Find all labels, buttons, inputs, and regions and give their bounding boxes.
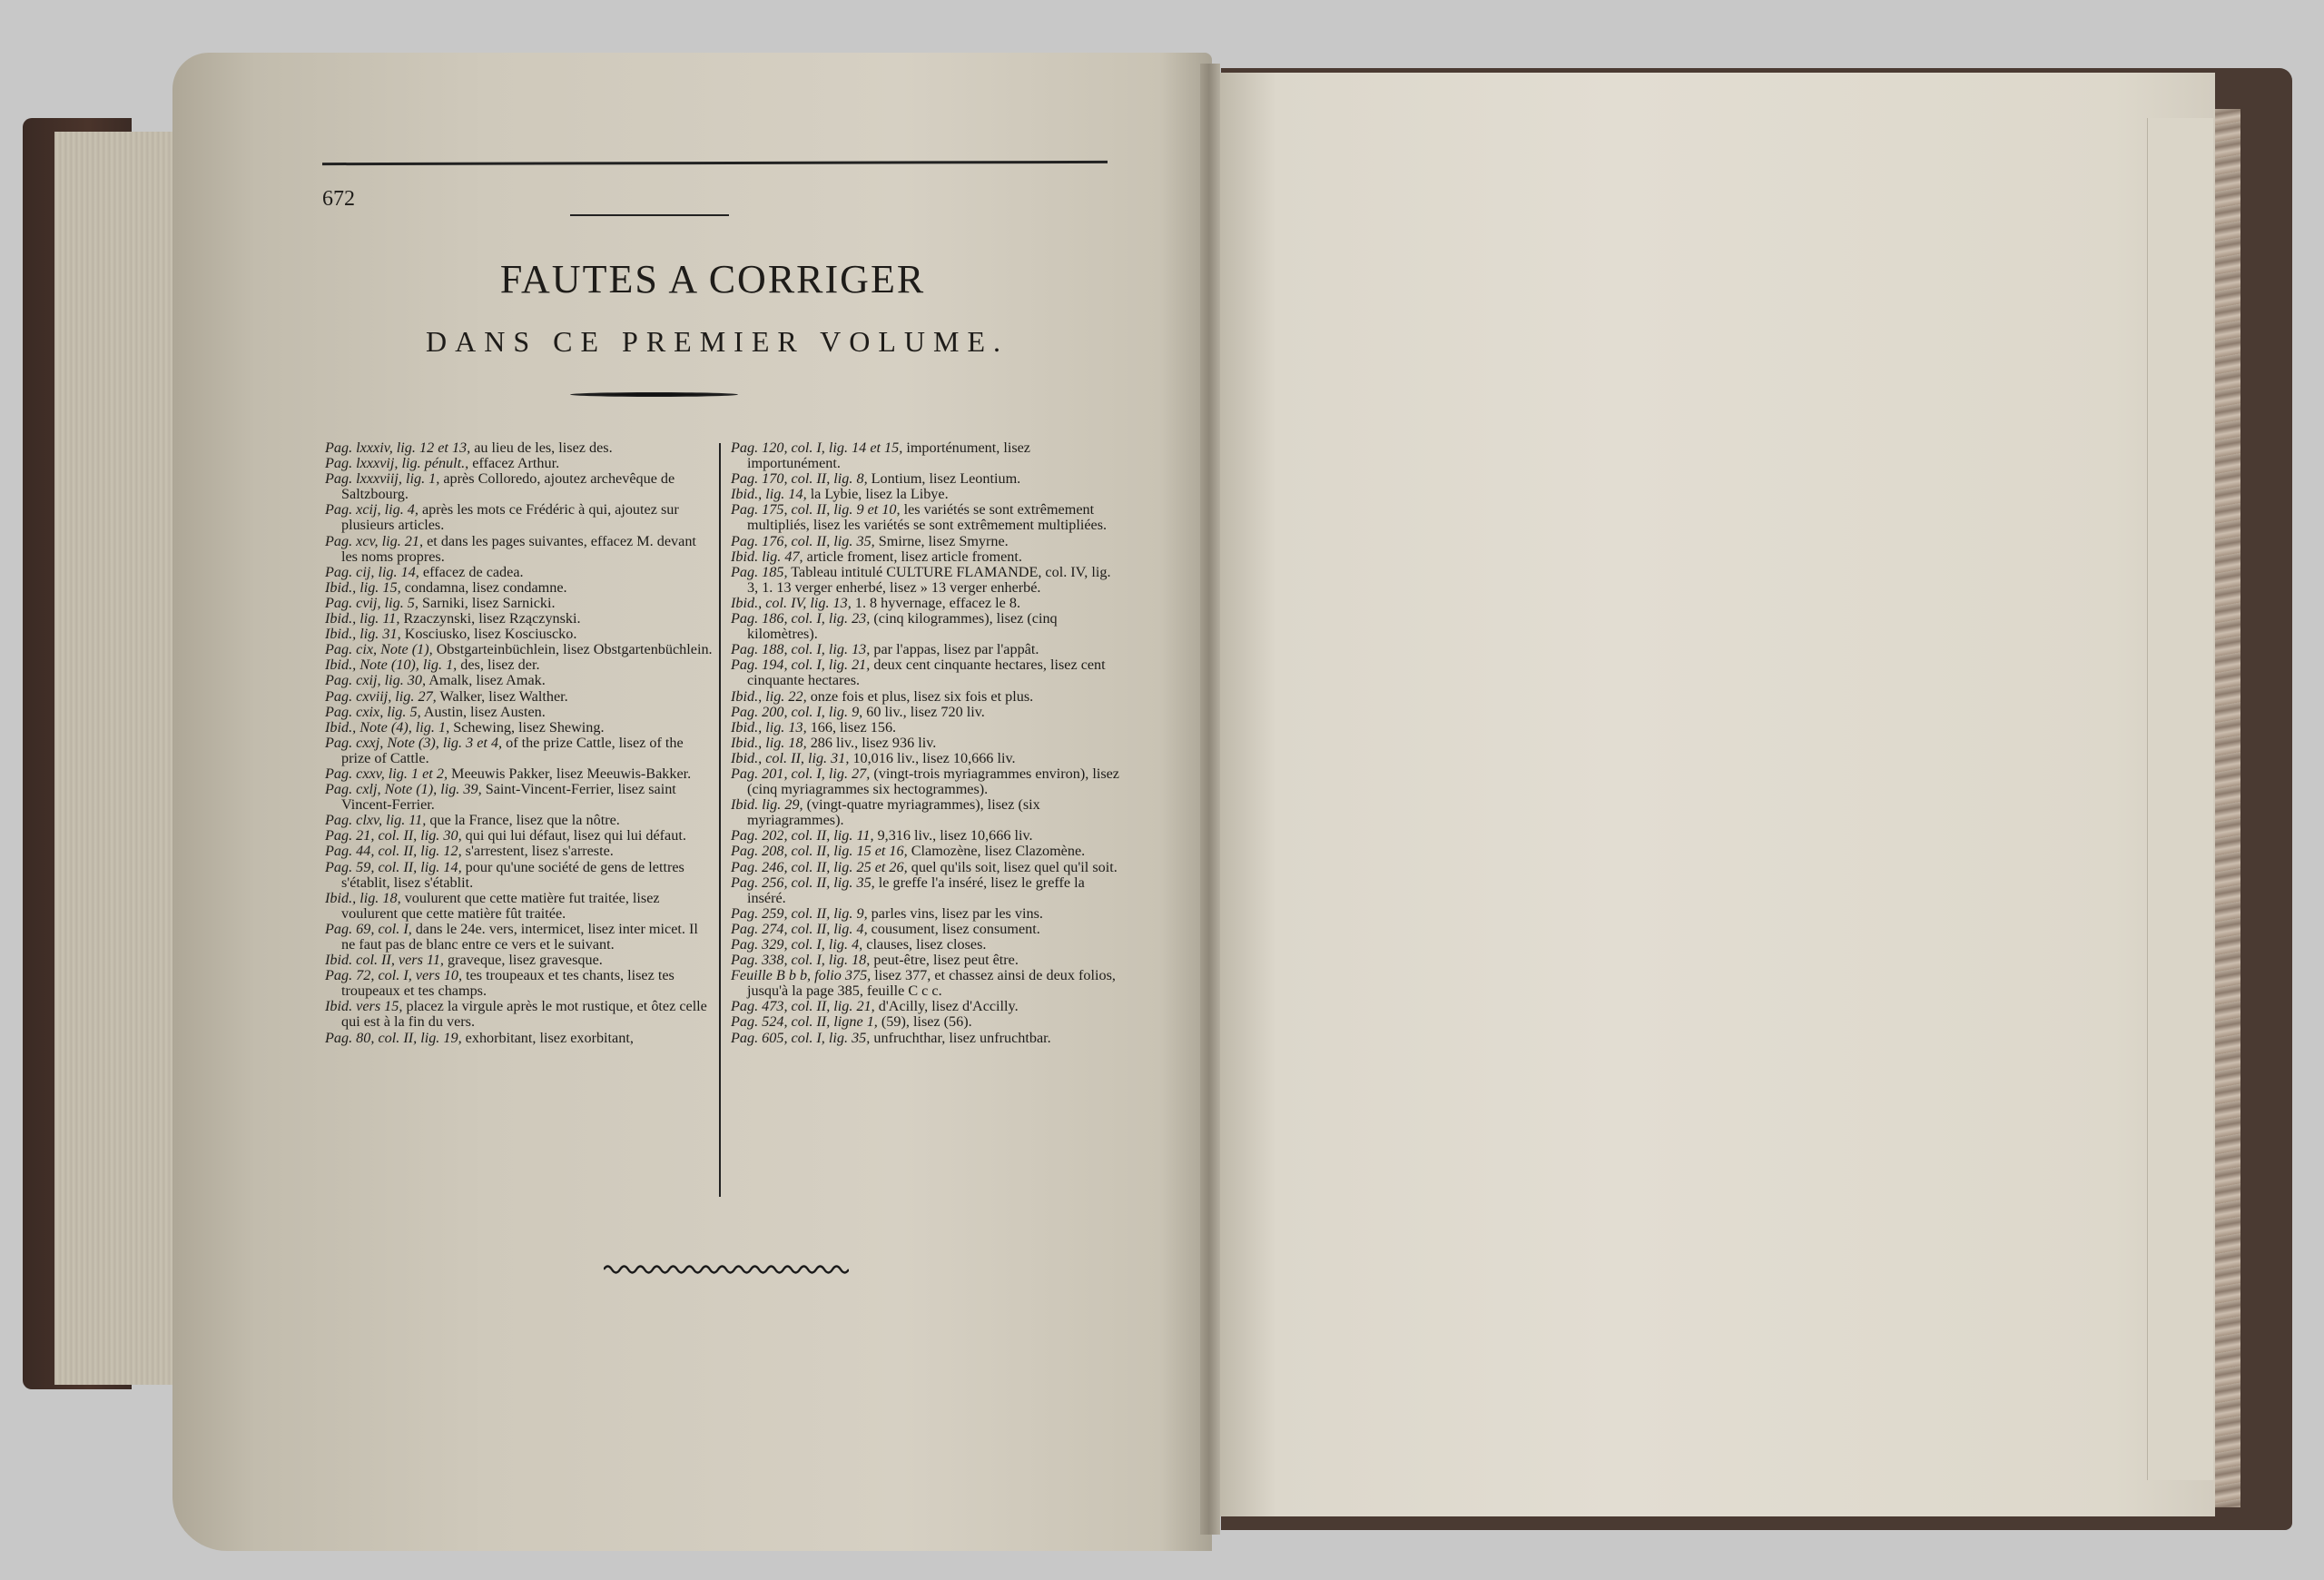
errata-correction: (59), lisez (56). <box>878 1013 972 1030</box>
errata-reference: Pag. 21, col. II, lig. 30, <box>325 827 462 844</box>
errata-correction: Tableau intitulé CULTURE FLAMANDE, col. … <box>747 564 1111 596</box>
marbled-edge-right <box>2215 109 2240 1507</box>
errata-entry: Pag. cxij, lig. 30, Amalk, lisez Amak. <box>325 673 715 688</box>
errata-correction: condamna, lisez condamne. <box>401 579 567 596</box>
errata-reference: Pag. lxxxiv, lig. 12 et 13, <box>325 439 470 456</box>
errata-reference: Pag. 80, col. II, lig. 19, <box>325 1030 462 1046</box>
errata-reference: Feuille B b b, folio 375, <box>731 967 871 983</box>
errata-entry: Pag. cij, lig. 14, effacez de cadea. <box>325 565 715 580</box>
errata-entry: Ibid., lig. 13, 166, lisez 156. <box>731 720 1119 736</box>
errata-reference: Pag. 524, col. II, ligne 1, <box>731 1013 878 1030</box>
errata-entry: Pag. 473, col. II, lig. 21, d'Acilly, li… <box>731 999 1119 1014</box>
errata-column-right: Pag. 120, col. I, lig. 14 et 15, importé… <box>731 440 1119 1046</box>
errata-reference: Pag. 170, col. II, lig. 8, <box>731 470 868 487</box>
errata-entry: Pag. 194, col. I, lig. 21, deux cent cin… <box>731 657 1119 688</box>
errata-reference: Pag. clxv, lig. 11, <box>325 812 426 828</box>
errata-reference: Pag. 44, col. II, lig. 12, <box>325 843 462 859</box>
errata-reference: Ibid., lig. 31, <box>325 626 401 642</box>
errata-entry: Pag. clxv, lig. 11, que la France, lisez… <box>325 813 715 828</box>
errata-correction: Schewing, lisez Shewing. <box>449 719 604 736</box>
book-gutter <box>1200 64 1220 1535</box>
errata-entry: Pag. cxviij, lig. 27, Walker, lisez Walt… <box>325 689 715 705</box>
errata-correction: onze fois et plus, lisez six fois et plu… <box>807 688 1034 705</box>
errata-correction: Amalk, lisez Amak. <box>426 672 546 688</box>
errata-entry: Pag. 524, col. II, ligne 1, (59), lisez … <box>731 1014 1119 1030</box>
errata-reference: Pag. cxix, lig. 5, <box>325 704 421 720</box>
errata-reference: Ibid. vers 15, <box>325 998 402 1014</box>
errata-entry: Ibid., lig. 15, condamna, lisez condamne… <box>325 580 715 596</box>
errata-reference: Pag. 246, col. II, lig. 25 et 26, <box>731 859 908 875</box>
errata-correction: par l'appas, lisez par l'appât. <box>870 641 1039 657</box>
errata-correction: exhorbitant, lisez exorbitant, <box>462 1030 634 1046</box>
errata-entry: Pag. 338, col. I, lig. 18, peut-être, li… <box>731 953 1119 968</box>
errata-entry: Pag. cxlj, Note (1), lig. 39, Saint-Vinc… <box>325 782 715 813</box>
errata-entry: Feuille B b b, folio 375, lisez 377, et … <box>731 968 1119 999</box>
errata-correction: Meeuwis Pakker, lisez Meeuwis-Bakker. <box>448 765 691 782</box>
errata-entry: Pag. 246, col. II, lig. 25 et 26, quel q… <box>731 860 1119 875</box>
errata-entry: Ibid., lig. 22, onze fois et plus, lisez… <box>731 689 1119 705</box>
errata-entry: Ibid., lig. 18, voulurent que cette mati… <box>325 891 715 922</box>
errata-correction: Obstgarteinbüchlein, lisez Obstgartenbüc… <box>433 641 713 657</box>
errata-entry: Pag. 605, col. I, lig. 35, unfruchthar, … <box>731 1031 1119 1046</box>
errata-correction: Sarniki, lisez Sarnicki. <box>419 595 556 611</box>
errata-entry: Pag. 170, col. II, lig. 8, Lontium, lise… <box>731 471 1119 487</box>
errata-correction: graveque, lisez gravesque. <box>444 952 603 968</box>
page-stack-left <box>54 132 182 1385</box>
errata-reference: Pag. 202, col. II, lig. 11, <box>731 827 874 844</box>
errata-entry: Pag. cxxj, Note (3), lig. 3 et 4, of the… <box>325 736 715 766</box>
errata-reference: Pag. cxxj, Note (3), lig. 3 et 4, <box>325 735 502 751</box>
errata-entry: Pag. 201, col. I, lig. 27, (vingt-trois … <box>731 766 1119 797</box>
errata-reference: Pag. 120, col. I, lig. 14 et 15, <box>731 439 902 456</box>
errata-entry: Pag. cxix, lig. 5, Austin, lisez Austen. <box>325 705 715 720</box>
errata-correction: Kosciusko, lisez Kosciuscko. <box>401 626 577 642</box>
errata-reference: Pag. cxij, lig. 30, <box>325 672 426 688</box>
errata-correction: effacez de cadea. <box>419 564 524 580</box>
errata-correction: clauses, lisez closes. <box>862 936 986 953</box>
errata-entry: Pag. 259, col. II, lig. 9, parles vins, … <box>731 906 1119 922</box>
errata-correction: 1. 8 hyvernage, effacez le 8. <box>852 595 1020 611</box>
errata-entry: Pag. 208, col. II, lig. 15 et 16, Clamoz… <box>731 844 1119 859</box>
errata-entry: Pag. 21, col. II, lig. 30, qui qui lui d… <box>325 828 715 844</box>
errata-entry: Ibid., lig. 11, Rzaczynski, lisez Rzączy… <box>325 611 715 627</box>
right-page-blank <box>1216 73 2215 1516</box>
errata-reference: Ibid., lig. 18, <box>325 890 401 906</box>
errata-correction: d'Acilly, lisez d'Accilly. <box>875 998 1019 1014</box>
errata-correction: Walker, lisez Walther. <box>437 688 568 705</box>
errata-entry: Pag. lxxxiv, lig. 12 et 13, au lieu de l… <box>325 440 715 456</box>
errata-entry: Pag. xcv, lig. 21, et dans les pages sui… <box>325 534 715 565</box>
errata-reference: Ibid., col. IV, lig. 13, <box>731 595 852 611</box>
errata-reference: Ibid. lig. 47, <box>731 548 803 565</box>
errata-reference: Pag. cxviij, lig. 27, <box>325 688 437 705</box>
errata-reference: Ibid., lig. 22, <box>731 688 807 705</box>
errata-correction: effacez Arthur. <box>468 455 559 471</box>
errata-reference: Pag. cxlj, Note (1), lig. 39, <box>325 781 482 797</box>
errata-reference: Pag. 59, col. II, lig. 14, <box>325 859 462 875</box>
errata-reference: Ibid., lig. 15, <box>325 579 401 596</box>
errata-entry: Pag. 175, col. II, lig. 9 et 10, les var… <box>731 502 1119 533</box>
errata-reference: Pag. 274, col. II, lig. 4, <box>731 921 868 937</box>
errata-reference: Ibid. col. II, vers 11, <box>325 952 444 968</box>
errata-correction: 166, lisez 156. <box>807 719 896 736</box>
errata-correction: Clamozène, lisez Clazomène. <box>908 843 1086 859</box>
errata-reference: Pag. 185, <box>731 564 788 580</box>
errata-entry: Pag. 202, col. II, lig. 11, 9,316 liv., … <box>731 828 1119 844</box>
errata-reference: Pag. 175, col. II, lig. 9 et 10, <box>731 501 901 518</box>
errata-correction: qui qui lui défaut, lisez qui lui défaut… <box>462 827 686 844</box>
errata-reference: Ibid., lig. 14, <box>731 486 807 502</box>
errata-entry: Pag. 69, col. I, dans le 24e. vers, inte… <box>325 922 715 953</box>
errata-entry: Pag. 329, col. I, lig. 4, clauses, lisez… <box>731 937 1119 953</box>
errata-entry: Ibid. lig. 47, article froment, lisez ar… <box>731 549 1119 565</box>
errata-entry: Ibid., col. II, lig. 31, 10,016 liv., li… <box>731 751 1119 766</box>
errata-column-left: Pag. lxxxiv, lig. 12 et 13, au lieu de l… <box>325 440 715 1046</box>
errata-correction: 286 liv., lisez 936 liv. <box>807 735 937 751</box>
errata-entry: Pag. lxxxvij, lig. pénult., effacez Arth… <box>325 456 715 471</box>
title-rule-bottom <box>570 392 738 397</box>
errata-correction: 10,016 liv., lisez 10,666 liv. <box>849 750 1015 766</box>
wavy-ornament <box>604 1262 849 1275</box>
errata-entry: Pag. 80, col. II, lig. 19, exhorbitant, … <box>325 1031 715 1046</box>
errata-reference: Ibid., lig. 13, <box>731 719 807 736</box>
page-number: 672 <box>322 187 355 212</box>
errata-entry: Pag. 185, Tableau intitulé CULTURE FLAMA… <box>731 565 1119 596</box>
errata-correction: que la France, lisez que la nôtre. <box>426 812 620 828</box>
errata-reference: Ibid., Note (4), lig. 1, <box>325 719 449 736</box>
errata-entry: Ibid., col. IV, lig. 13, 1. 8 hyvernage,… <box>731 596 1119 611</box>
errata-reference: Pag. xcij, lig. 4, <box>325 501 419 518</box>
errata-reference: Pag. 186, col. I, lig. 23, <box>731 610 870 627</box>
errata-reference: Pag. 329, col. I, lig. 4, <box>731 936 862 953</box>
errata-entry: Pag. 186, col. I, lig. 23, (cinq kilogra… <box>731 611 1119 642</box>
errata-entry: Pag. 59, col. II, lig. 14, pour qu'une s… <box>325 860 715 891</box>
column-divider <box>719 443 721 1197</box>
errata-reference: Pag. 605, col. I, lig. 35, <box>731 1030 870 1046</box>
errata-reference: Pag. 176, col. II, lig. 35, <box>731 533 875 549</box>
errata-correction: Smirne, lisez Smyrne. <box>875 533 1009 549</box>
errata-reference: Pag. 259, col. II, lig. 9, <box>731 905 868 922</box>
errata-correction: Lontium, lisez Leontium. <box>868 470 1021 487</box>
errata-reference: Ibid., lig. 11, <box>325 610 399 627</box>
errata-reference: Pag. 69, col. I, <box>325 921 412 937</box>
errata-correction: parles vins, lisez par les vins. <box>868 905 1043 922</box>
errata-entry: Pag. lxxxviij, lig. 1, après Colloredo, … <box>325 471 715 502</box>
errata-reference: Pag. 201, col. I, lig. 27, <box>731 765 870 782</box>
errata-correction: Austin, lisez Austen. <box>421 704 546 720</box>
errata-correction: peut-être, lisez peut être. <box>870 952 1019 968</box>
errata-entry: Ibid., Note (4), lig. 1, Schewing, lisez… <box>325 720 715 736</box>
errata-reference: Pag. 208, col. II, lig. 15 et 16, <box>731 843 908 859</box>
errata-reference: Ibid. lig. 29, <box>731 796 803 813</box>
errata-correction: au lieu de les, lisez des. <box>470 439 612 456</box>
errata-reference: Pag. lxxxvij, lig. pénult., <box>325 455 468 471</box>
page-subtitle: DANS CE PREMIER VOLUME. <box>390 325 1044 359</box>
errata-reference: Pag. cxxv, lig. 1 et 2, <box>325 765 448 782</box>
errata-correction: 9,316 liv., lisez 10,666 liv. <box>874 827 1033 844</box>
errata-correction: la Lybie, lisez la Libye. <box>807 486 949 502</box>
errata-entry: Pag. 200, col. I, lig. 9, 60 liv., lisez… <box>731 705 1119 720</box>
errata-entry: Pag. cxxv, lig. 1 et 2, Meeuwis Pakker, … <box>325 766 715 782</box>
errata-reference: Pag. 72, col. I, vers 10, <box>325 967 462 983</box>
errata-correction: des, lisez der. <box>457 657 539 673</box>
errata-entry: Ibid., lig. 31, Kosciusko, lisez Koscius… <box>325 627 715 642</box>
errata-entry: Pag. 274, col. II, lig. 4, cousument, li… <box>731 922 1119 937</box>
errata-entry: Pag. 176, col. II, lig. 35, Smirne, lise… <box>731 534 1119 549</box>
errata-entry: Pag. 188, col. I, lig. 13, par l'appas, … <box>731 642 1119 657</box>
right-page-fold <box>2147 118 2213 1480</box>
errata-entry: Ibid., lig. 14, la Lybie, lisez la Libye… <box>731 487 1119 502</box>
errata-entry: Pag. xcij, lig. 4, après les mots ce Fré… <box>325 502 715 533</box>
errata-correction: Rzaczynski, lisez Rzączynski. <box>399 610 580 627</box>
errata-reference: Pag. cix, Note (1), <box>325 641 433 657</box>
errata-entry: Pag. cix, Note (1), Obstgarteinbüchlein,… <box>325 642 715 657</box>
errata-reference: Ibid., Note (10), lig. 1, <box>325 657 457 673</box>
errata-reference: Pag. 188, col. I, lig. 13, <box>731 641 870 657</box>
errata-entry: Ibid. col. II, vers 11, graveque, lisez … <box>325 953 715 968</box>
errata-entry: Pag. 120, col. I, lig. 14 et 15, importé… <box>731 440 1119 471</box>
errata-correction: article froment, lisez article froment. <box>803 548 1022 565</box>
errata-correction: s'arrestent, lisez s'arreste. <box>462 843 614 859</box>
errata-reference: Ibid., lig. 18, <box>731 735 807 751</box>
errata-entry: Ibid. lig. 29, (vingt-quatre myriagramme… <box>731 797 1119 828</box>
errata-entry: Pag. 44, col. II, lig. 12, s'arrestent, … <box>325 844 715 859</box>
errata-reference: Pag. cvij, lig. 5, <box>325 595 419 611</box>
errata-reference: Pag. 256, col. II, lig. 35, <box>731 874 875 891</box>
errata-reference: Pag. xcv, lig. 21, <box>325 533 423 549</box>
errata-correction: quel qu'ils soit, lisez quel qu'il soit. <box>908 859 1118 875</box>
errata-entry: Pag. 72, col. I, vers 10, tes troupeaux … <box>325 968 715 999</box>
errata-entry: Ibid., lig. 18, 286 liv., lisez 936 liv. <box>731 736 1119 751</box>
errata-reference: Pag. 200, col. I, lig. 9, <box>731 704 862 720</box>
errata-reference: Pag. 194, col. I, lig. 21, <box>731 657 870 673</box>
errata-reference: Pag. 473, col. II, lig. 21, <box>731 998 875 1014</box>
errata-reference: Ibid., col. II, lig. 31, <box>731 750 849 766</box>
page-title: FAUTES A CORRIGER <box>399 256 1026 302</box>
errata-reference: Pag. 338, col. I, lig. 18, <box>731 952 870 968</box>
errata-entry: Pag. 256, col. II, lig. 35, le greffe l'… <box>731 875 1119 906</box>
title-rule-top <box>570 214 729 216</box>
errata-correction: cousument, lisez consument. <box>868 921 1040 937</box>
errata-reference: Pag. cij, lig. 14, <box>325 564 419 580</box>
errata-reference: Pag. lxxxviij, lig. 1, <box>325 470 439 487</box>
errata-entry: Ibid. vers 15, placez la virgule après l… <box>325 999 715 1030</box>
errata-correction: 60 liv., lisez 720 liv. <box>862 704 985 720</box>
errata-entry: Pag. cvij, lig. 5, Sarniki, lisez Sarnic… <box>325 596 715 611</box>
errata-entry: Ibid., Note (10), lig. 1, des, lisez der… <box>325 657 715 673</box>
errata-correction: unfruchthar, lisez unfruchtbar. <box>870 1030 1050 1046</box>
